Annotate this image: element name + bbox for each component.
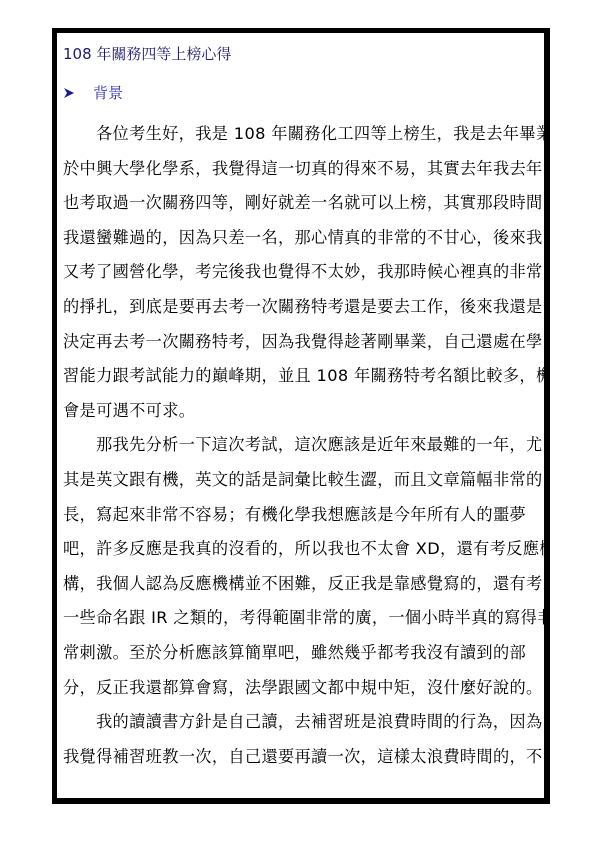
paragraph-first-line: 各位考生好，我是 108 年關務化工四等上榜生，我是去年畢業	[63, 117, 541, 152]
paragraph-line: 吧，許多反應是我真的沒看的，所以我也不太會 XD，還有考反應機	[63, 532, 541, 567]
paragraph-line: 我還蠻難過的，因為只差一名，那心情真的非常的不甘心，後來我	[63, 221, 541, 256]
paragraph-line: 又考了國營化學，考完後我也覺得不太妙，我那時候心裡真的非常	[63, 255, 541, 290]
paragraph-line: 也考取過一次關務四等，剛好就差一名就可以上榜，其實那段時間	[63, 186, 541, 221]
paragraph-line: 分，反正我還都算會寫，法學跟國文都中規中矩，沒什麼好說的。	[63, 671, 541, 706]
paragraph-line: 常刺激。至於分析應該算簡單吧，雖然幾乎都考我沒有讀到的部	[63, 636, 541, 671]
body-text: 各位考生好，我是 108 年關務化工四等上榜生，我是去年畢業於中興大學化學系，我…	[63, 117, 541, 774]
section-heading-text: 背景	[93, 82, 123, 103]
paragraph-line: 其是英文跟有機，英文的話是詞彙比較生澀，而且文章篇幅非常的	[63, 463, 541, 498]
section-heading-background: 背景	[63, 82, 123, 103]
paragraph-line: 一些命名跟 IR 之類的，考得範圍非常的廣，一個小時半真的寫得非	[63, 601, 541, 636]
document-title: 108 年關務四等上榜心得	[63, 43, 231, 64]
paragraph-line: 的掙扎，到底是要再去考一次關務特考還是要去工作，後來我還是	[63, 290, 541, 325]
paragraph-line: 我覺得補習班教一次，自己還要再讀一次，這樣太浪費時間的，不	[63, 740, 541, 775]
paragraph-line: 會是可遇不可求。	[63, 394, 541, 429]
paragraph-line: 習能力跟考試能力的巔峰期，並且 108 年關務特考名額比較多，機	[63, 359, 541, 394]
arrow-bullet-icon	[63, 87, 75, 99]
paragraph-line: 決定再去考一次關務特考，因為我覺得趁著剛畢業，自己還處在學	[63, 325, 541, 360]
paragraph-line: 構，我個人認為反應機構並不困難，反正我是靠感覺寫的，還有考	[63, 567, 541, 602]
paragraph-first-line: 那我先分析一下這次考試，這次應該是近年來最難的一年，尤	[63, 428, 541, 463]
paragraph-line: 於中興大學化學系，我覺得這一切真的得來不易，其實去年我去年	[63, 152, 541, 187]
paragraph-line: 長，寫起來非常不容易；有機化學我想應該是今年所有人的噩夢	[63, 498, 541, 533]
paragraph-first-line: 我的讀讀書方針是自己讀，去補習班是浪費時間的行為，因為	[63, 705, 541, 740]
document-frame: 108 年關務四等上榜心得 背景 各位考生好，我是 108 年關務化工四等上榜生…	[52, 28, 550, 804]
